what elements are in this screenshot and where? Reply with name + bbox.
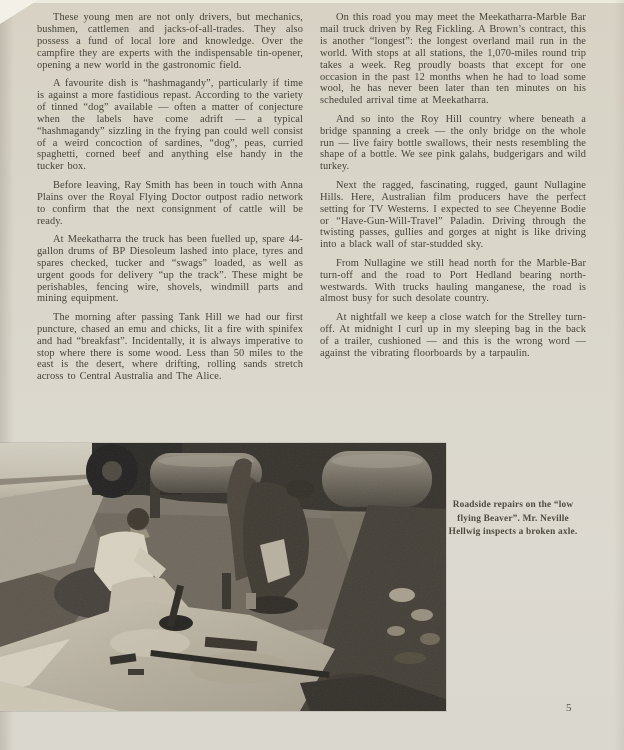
photo-illustration <box>0 443 446 711</box>
left-column: These young men are not only drivers, bu… <box>37 12 303 390</box>
article-paragraph: Before leaving, Ray Smith has been in to… <box>37 180 303 228</box>
article-paragraph: Next the ragged, fascinating, rugged, ga… <box>320 180 586 251</box>
article-paragraph: At Meekatharra the truck has been fuelle… <box>37 234 303 305</box>
roadside-repairs-photo <box>0 443 446 711</box>
article-paragraph: These young men are not only drivers, bu… <box>37 12 303 72</box>
article-paragraph: The morning after passing Tank Hill we h… <box>37 312 303 383</box>
scan-corner-artifact <box>0 0 38 24</box>
magazine-page: These young men are not only drivers, bu… <box>0 0 624 750</box>
photo-caption: Roadside repairs on the “low flying Beav… <box>448 499 578 540</box>
article-paragraph: A favourite dish is “hashmagandy”, parti… <box>37 78 303 173</box>
article-paragraph: And so into the Roy Hill country where b… <box>320 114 586 174</box>
page-number: 5 <box>566 702 572 714</box>
scan-edge-artifact <box>0 0 624 3</box>
article-paragraph: On this road you may meet the Meekatharr… <box>320 12 586 107</box>
right-column: On this road you may meet the Meekatharr… <box>320 12 586 366</box>
article-paragraph: From Nullagine we still head north for t… <box>320 258 586 306</box>
article-paragraph: At nightfall we keep a close watch for t… <box>320 312 586 360</box>
photo-grain-overlay <box>0 443 446 711</box>
